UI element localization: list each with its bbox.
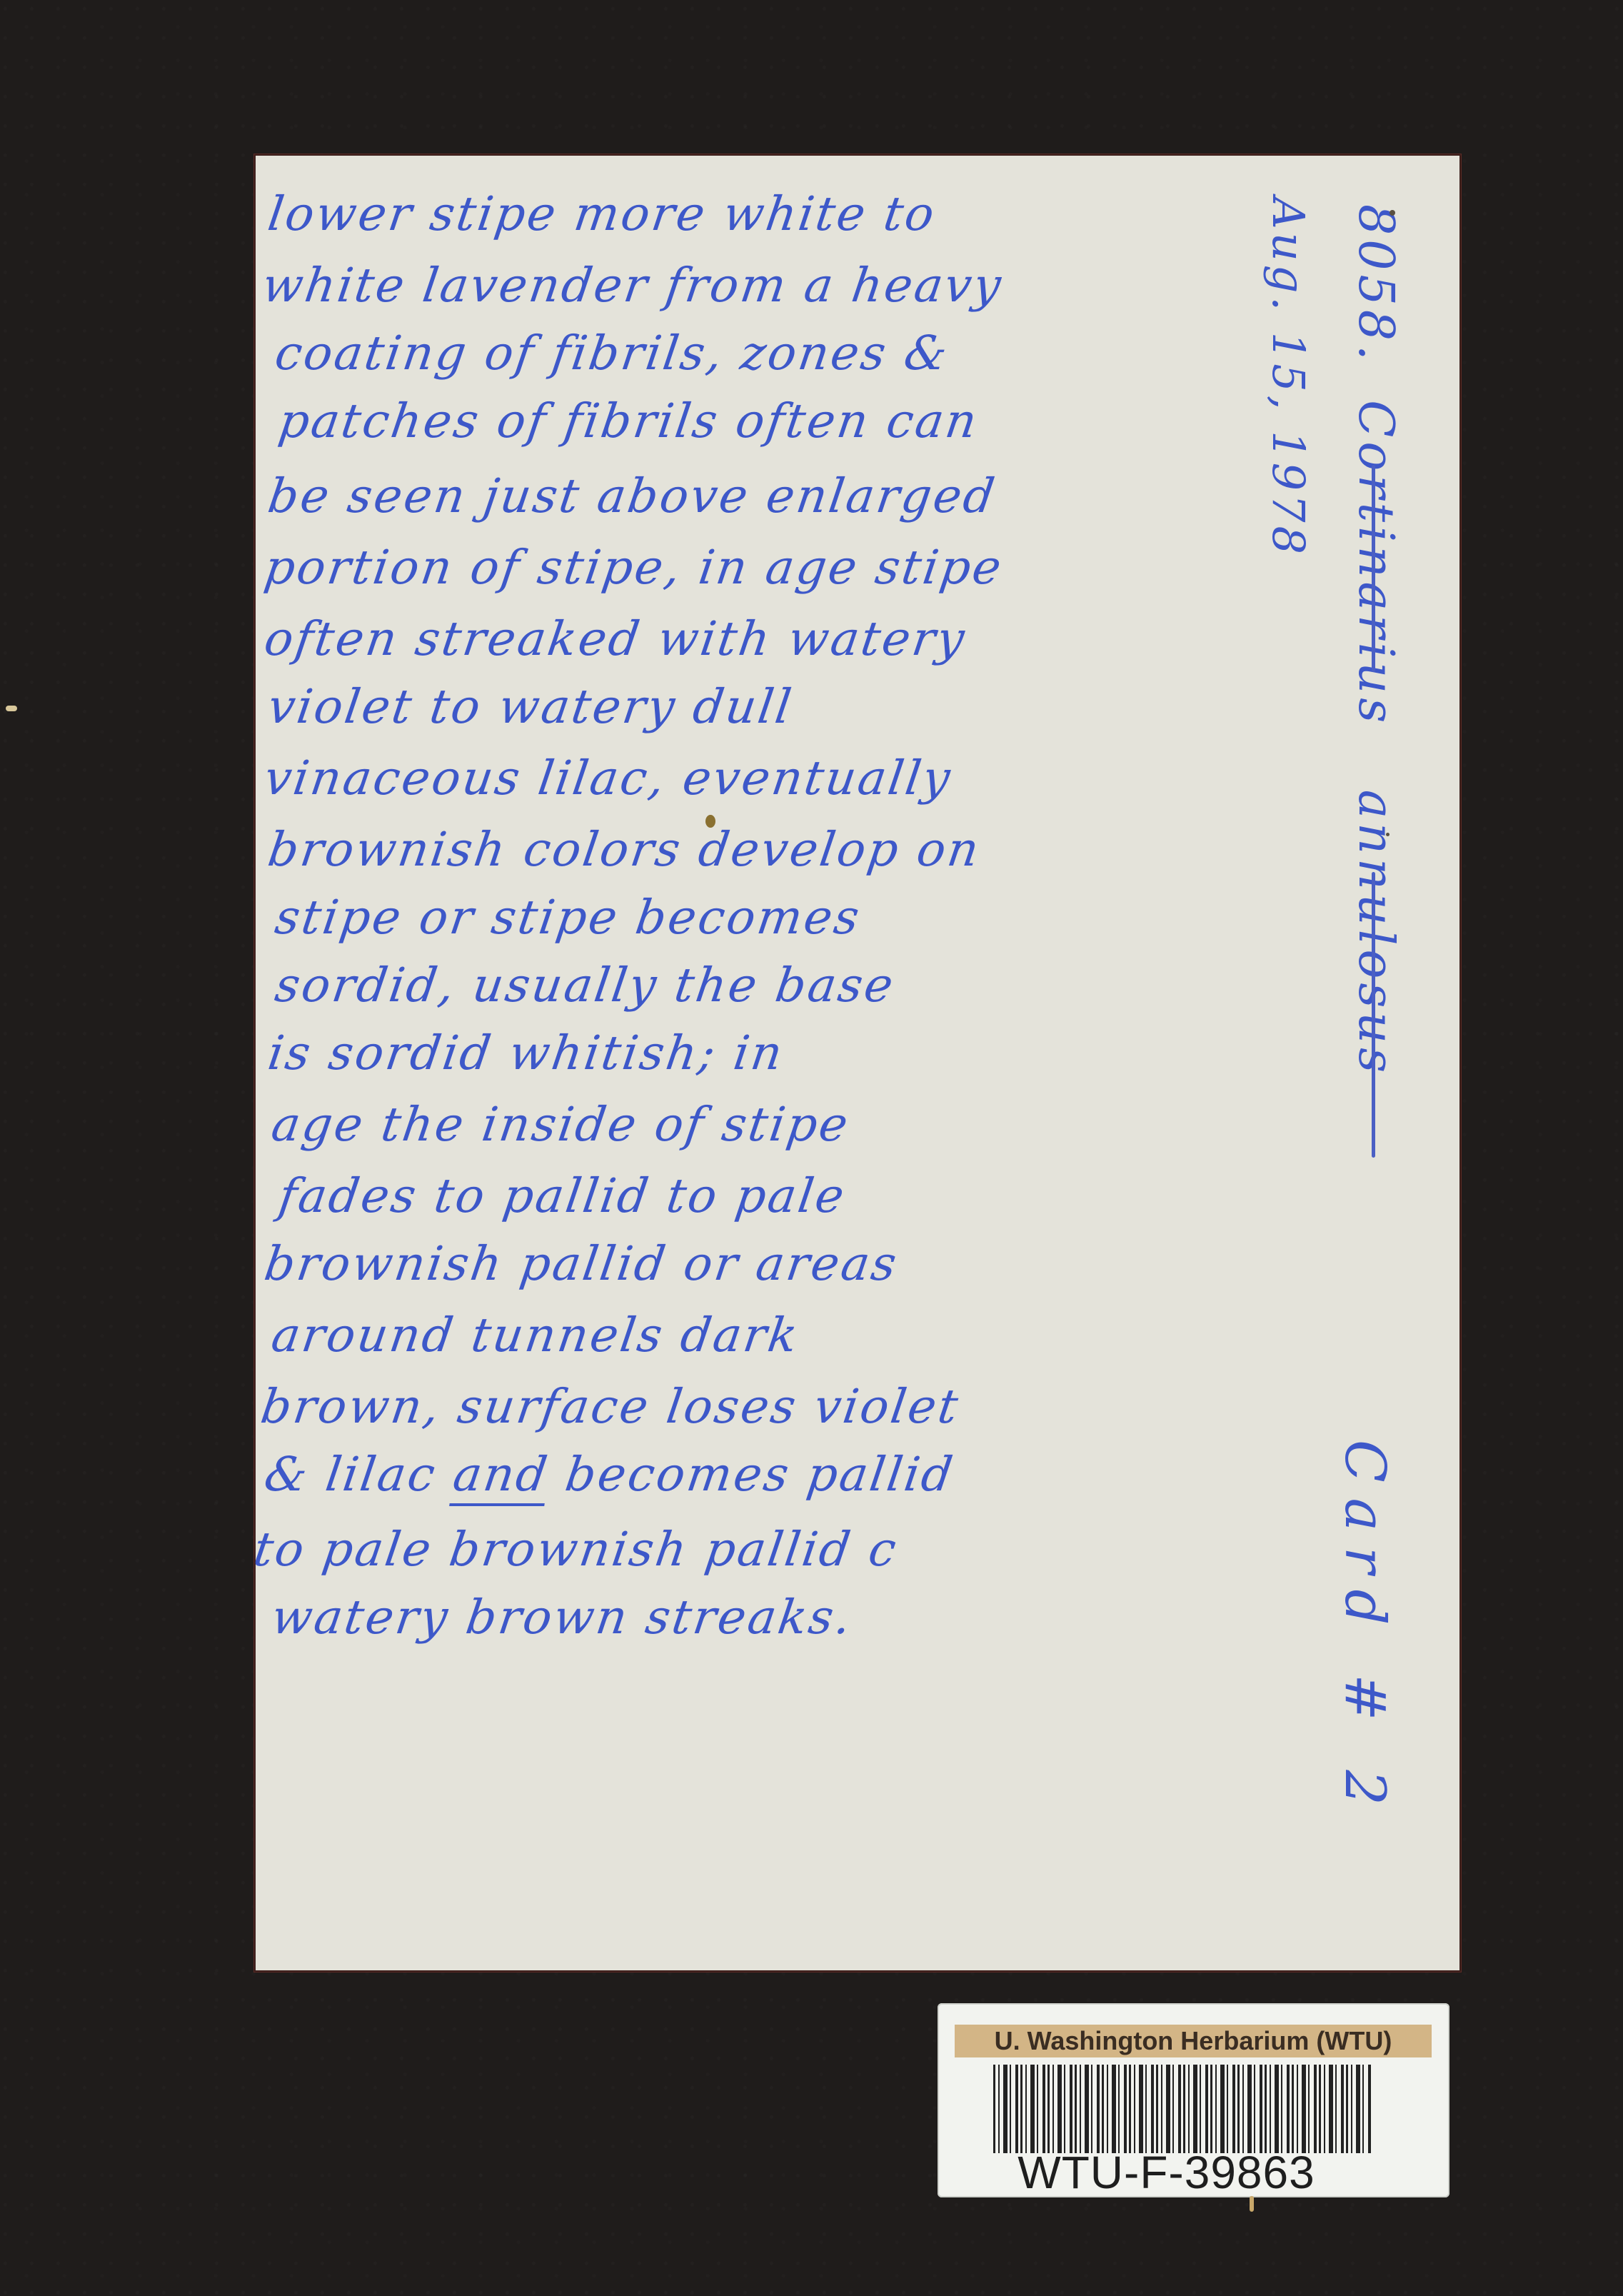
note-line-20: to pale brownish pallid c [251, 1522, 902, 1577]
ink-stain [705, 815, 715, 828]
note-line-7: often streaked with watery [261, 611, 970, 666]
note-line-21: watery brown streaks. [268, 1590, 857, 1645]
note-line-8: violet to watery dull [265, 679, 797, 734]
note-line-18: brown, surface loses violet [258, 1379, 963, 1434]
note-line-10: brownish colors develop on [265, 822, 985, 877]
specimen-note-card: lower stipe more white to white lavender… [253, 154, 1462, 1972]
card-speck [1390, 210, 1395, 216]
card-number-note: Card # 2 [1332, 1440, 1397, 1821]
note-line-11: stipe or stipe becomes [272, 890, 865, 945]
note-line-19-text: & lilac [261, 1447, 458, 1502]
barcode-icon [993, 2065, 1373, 2153]
note-line-16: brownish pallid or areas [261, 1236, 902, 1291]
institution-name: U. Washington Herbarium (WTU) [995, 2026, 1392, 2056]
note-line-1: lower stipe more white to [265, 186, 940, 241]
catalog-number: WTU-F-39863 [910, 2150, 1422, 2195]
underlined-and: and [450, 1447, 553, 1502]
collection-number: 8058. [1347, 204, 1404, 365]
taxon-genus: Cortinarius [1347, 400, 1404, 727]
taxon-epithet: annulosus [1347, 790, 1404, 1077]
note-line-15: fades to pallid to pale [276, 1168, 850, 1223]
genus-underline [1372, 465, 1375, 672]
note-line-4: patches of fibrils often can [276, 393, 983, 448]
debris-thread [1250, 2196, 1254, 2212]
note-line-6: portion of stipe, in age stipe [261, 540, 1007, 595]
collection-number-and-taxon: 8058. Cortinarius annulosus [1347, 204, 1404, 1077]
note-line-9: vinaceous lilac, eventually [261, 751, 956, 806]
note-line-13: is sordid whitish; in [265, 1026, 788, 1081]
note-line-12: sordid, usually the base [272, 958, 899, 1013]
note-line-2: white lavender from a heavy [259, 258, 1007, 313]
epithet-underline [1372, 872, 1375, 1158]
note-line-19-rest: becomes pallid [545, 1447, 958, 1502]
note-line-14: age the inside of stipe [268, 1097, 853, 1152]
note-line-17: around tunnels dark [268, 1308, 803, 1363]
note-line-3: coating of fibrils, zones & [272, 326, 953, 381]
institution-band: U. Washington Herbarium (WTU) [955, 2025, 1432, 2057]
card-speck [1386, 833, 1390, 836]
note-line-5: be seen just above enlarged [265, 468, 1000, 523]
debris-speck [6, 706, 17, 711]
barcode-label: U. Washington Herbarium (WTU) WTU-F-3986… [938, 2003, 1449, 2197]
collection-date: Aug. 15, 1978 [1262, 197, 1315, 558]
note-line-19: & lilac and becomes pallid [261, 1447, 958, 1502]
